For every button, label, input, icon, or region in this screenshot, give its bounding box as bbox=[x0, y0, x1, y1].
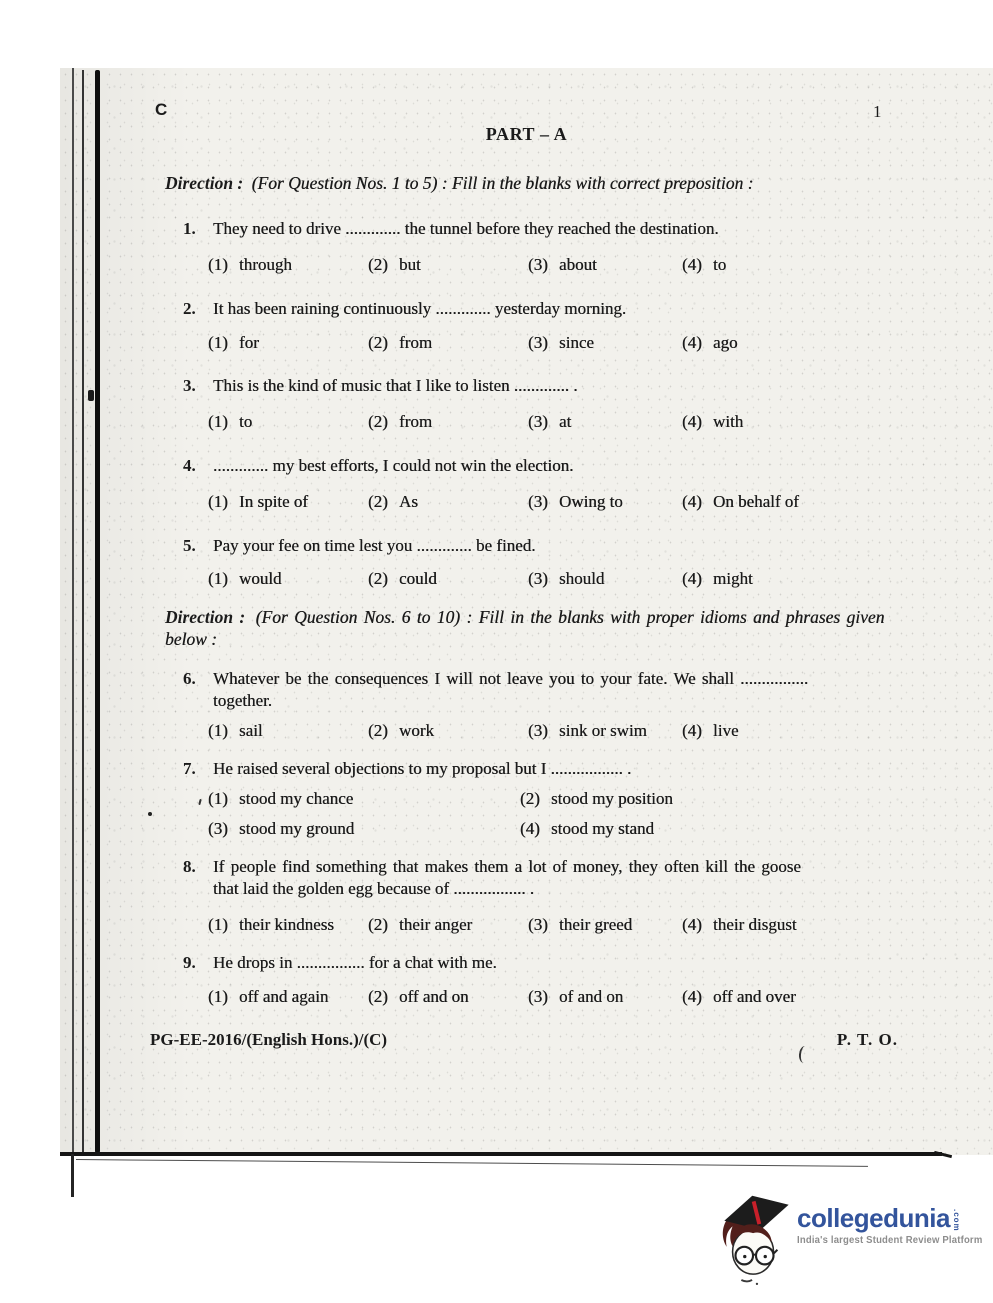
option: (3)should bbox=[528, 568, 682, 590]
option-text: their greed bbox=[559, 915, 632, 934]
option-label: (4) bbox=[682, 254, 713, 276]
question-text: He raised several objections to my propo… bbox=[213, 758, 701, 780]
question-2: 2. It has been raining continuously ....… bbox=[60, 298, 993, 320]
option: (2)stood my position bbox=[520, 788, 978, 810]
option: (3)at bbox=[528, 411, 682, 433]
option-label: (4) bbox=[682, 411, 713, 433]
option: (2)from bbox=[368, 332, 528, 354]
option-label: (3) bbox=[528, 491, 559, 513]
option: (2)off and on bbox=[368, 986, 528, 1008]
option-text: through bbox=[239, 255, 292, 274]
part-title: PART – A bbox=[60, 124, 993, 145]
direction-2-label: Direction : bbox=[165, 607, 245, 627]
option: (1)sail bbox=[208, 720, 368, 742]
option-text: since bbox=[559, 333, 594, 352]
scan-speck bbox=[148, 812, 152, 816]
question-number: 4. bbox=[183, 455, 213, 477]
option-label: (1) bbox=[208, 411, 239, 433]
option: (2)their anger bbox=[368, 914, 528, 936]
option: (4)ago bbox=[682, 332, 978, 354]
question-1-options: (1)through (2)but (3)about (4)to bbox=[208, 254, 978, 276]
option: (4)to bbox=[682, 254, 978, 276]
scan-left-edge-line bbox=[72, 68, 74, 1197]
question-number: 1. bbox=[183, 218, 213, 240]
option-text: with bbox=[713, 412, 743, 431]
option-text: but bbox=[399, 255, 421, 274]
option: (2)work bbox=[368, 720, 528, 742]
option: (1)would bbox=[208, 568, 368, 590]
option-label: (4) bbox=[682, 568, 713, 590]
question-text-line2: together. bbox=[213, 690, 808, 712]
option: (1)to bbox=[208, 411, 368, 433]
scanned-exam-page: C 1 PART – A Direction : (For Question N… bbox=[60, 68, 993, 1155]
option: (3)Owing to bbox=[528, 491, 682, 513]
direction-2-text-line2: below : bbox=[165, 628, 953, 650]
question-text-line2: that laid the golden egg because of ....… bbox=[213, 878, 801, 900]
scan-bottom-shadow-line bbox=[76, 1159, 868, 1167]
option-label: (2) bbox=[368, 720, 399, 742]
question-text-line1: If people find something that makes them… bbox=[213, 856, 801, 878]
option-label: (2) bbox=[368, 914, 399, 936]
question-8: 8. If people find something that makes t… bbox=[60, 856, 993, 900]
option: (4)stood my stand bbox=[520, 818, 978, 840]
question-4-options: (1)In spite of (2)As (3)Owing to (4)On b… bbox=[208, 491, 978, 513]
option-text: could bbox=[399, 569, 437, 588]
option-text: their anger bbox=[399, 915, 472, 934]
option: (2)could bbox=[368, 568, 528, 590]
scan-binding-shadow bbox=[95, 70, 100, 1153]
option: (1)In spite of bbox=[208, 491, 368, 513]
option-text: for bbox=[239, 333, 259, 352]
question-text: This is the kind of music that I like to… bbox=[213, 375, 648, 397]
option-text: might bbox=[713, 569, 753, 588]
option-label: (1) bbox=[208, 720, 239, 742]
option: (3)of and on bbox=[528, 986, 682, 1008]
option-text: stood my chance bbox=[239, 789, 353, 808]
option-label: (1) bbox=[208, 788, 239, 810]
option-label: (4) bbox=[682, 491, 713, 513]
question-text: It has been raining continuously .......… bbox=[213, 298, 696, 320]
option-text: As bbox=[399, 492, 418, 511]
option: (2)from bbox=[368, 411, 528, 433]
option-text: Owing to bbox=[559, 492, 623, 511]
option-label: (3) bbox=[528, 986, 559, 1008]
question-number: 2. bbox=[183, 298, 213, 320]
paper-code: PG-EE-2016/(English Hons.)/(C) bbox=[150, 1030, 387, 1050]
option-text: their kindness bbox=[239, 915, 334, 934]
question-text: He drops in ................ for a chat … bbox=[213, 952, 567, 974]
pto-label: P. T. O. bbox=[837, 1030, 898, 1050]
option: (1)stood my chance bbox=[208, 788, 520, 810]
set-code: C bbox=[155, 100, 167, 120]
logo-text-block: collegedunia .com India's largest Studen… bbox=[797, 1192, 992, 1246]
question-8-options: (1)their kindness (2)their anger (3)thei… bbox=[208, 914, 978, 936]
option-label: (1) bbox=[208, 491, 239, 513]
brand-tagline: India's largest Student Review Platform bbox=[797, 1235, 982, 1246]
direction-1-label: Direction : bbox=[165, 173, 243, 193]
option-label: (2) bbox=[520, 788, 551, 810]
option-label: (2) bbox=[368, 986, 399, 1008]
option: (3)sink or swim bbox=[528, 720, 682, 742]
option-label: (4) bbox=[682, 914, 713, 936]
question-7-options-row1: (1)stood my chance (2)stood my position bbox=[208, 788, 978, 810]
question-9: 9. He drops in ................ for a ch… bbox=[60, 952, 993, 974]
direction-1-text: (For Question Nos. 1 to 5) : Fill in the… bbox=[252, 173, 754, 193]
option-text: would bbox=[239, 569, 282, 588]
option-text: at bbox=[559, 412, 571, 431]
option-label: (1) bbox=[208, 914, 239, 936]
option-label: (2) bbox=[368, 491, 399, 513]
option: (4)might bbox=[682, 568, 978, 590]
question-1: 1. They need to drive ............. the … bbox=[60, 218, 993, 240]
option-text: to bbox=[239, 412, 252, 431]
option-text: ago bbox=[713, 333, 738, 352]
scan-left-edge-line-2 bbox=[82, 70, 84, 1152]
collegedunia-logo: collegedunia .com India's largest Studen… bbox=[716, 1192, 992, 1293]
question-text: If people find something that makes them… bbox=[213, 856, 871, 900]
option-label: (2) bbox=[368, 332, 399, 354]
question-3-options: (1)to (2)from (3)at (4)with bbox=[208, 411, 978, 433]
brand-tld: .com bbox=[952, 1209, 960, 1232]
option-text: from bbox=[399, 412, 432, 431]
option-label: (3) bbox=[528, 914, 559, 936]
question-text: ............. my best efforts, I could n… bbox=[213, 455, 643, 477]
option: (2)but bbox=[368, 254, 528, 276]
option-label: (2) bbox=[368, 254, 399, 276]
option-text: work bbox=[399, 721, 434, 740]
collegedunia-mascot-icon bbox=[716, 1192, 794, 1293]
question-5-options: (1)would (2)could (3)should (4)might bbox=[208, 568, 978, 590]
question-number: 7. bbox=[183, 758, 213, 780]
option: (4)On behalf of bbox=[682, 491, 978, 513]
option-text: off and over bbox=[713, 987, 796, 1006]
option: (4)off and over bbox=[682, 986, 978, 1008]
option: (1)for bbox=[208, 332, 368, 354]
question-4: 4. ............. my best efforts, I coul… bbox=[60, 455, 993, 477]
option-text: should bbox=[559, 569, 604, 588]
option-text: from bbox=[399, 333, 432, 352]
page-bottom-border bbox=[60, 1152, 942, 1156]
option-text: off and on bbox=[399, 987, 469, 1006]
option: (2)As bbox=[368, 491, 528, 513]
direction-1: Direction : (For Question Nos. 1 to 5) :… bbox=[165, 172, 953, 194]
option-label: (3) bbox=[208, 818, 239, 840]
question-3: 3. This is the kind of music that I like… bbox=[60, 375, 993, 397]
option-label: (4) bbox=[682, 986, 713, 1008]
option-label: (1) bbox=[208, 332, 239, 354]
question-text: They need to drive ............. the tun… bbox=[213, 218, 789, 240]
question-9-options: (1)off and again (2)off and on (3)of and… bbox=[208, 986, 978, 1008]
option-label: (1) bbox=[208, 254, 239, 276]
page-number: 1 bbox=[873, 102, 882, 122]
option-label: (3) bbox=[528, 720, 559, 742]
option-text: sink or swim bbox=[559, 721, 647, 740]
option-label: (2) bbox=[368, 568, 399, 590]
question-number: 9. bbox=[183, 952, 213, 974]
option-label: (4) bbox=[682, 720, 713, 742]
option-label: (2) bbox=[368, 411, 399, 433]
option: (3)stood my ground bbox=[208, 818, 520, 840]
option-text: stood my ground bbox=[239, 819, 354, 838]
direction-2-text-line1: (For Question Nos. 6 to 10) : Fill in th… bbox=[256, 607, 885, 627]
option-text: off and again bbox=[239, 987, 328, 1006]
option: (4)live bbox=[682, 720, 978, 742]
question-6: 6. Whatever be the consequences I will n… bbox=[60, 668, 993, 712]
option: (1)through bbox=[208, 254, 368, 276]
option-label: (3) bbox=[528, 568, 559, 590]
scan-speck bbox=[88, 390, 94, 401]
question-number: 8. bbox=[183, 856, 213, 900]
option: (3)their greed bbox=[528, 914, 682, 936]
option-label: (4) bbox=[520, 818, 551, 840]
option: (1)their kindness bbox=[208, 914, 368, 936]
option-text: to bbox=[713, 255, 726, 274]
option: (3)about bbox=[528, 254, 682, 276]
option: (4)with bbox=[682, 411, 978, 433]
option-label: (3) bbox=[528, 332, 559, 354]
question-6-options: (1)sail (2)work (3)sink or swim (4)live bbox=[208, 720, 978, 742]
screenshot-canvas: C 1 PART – A Direction : (For Question N… bbox=[0, 0, 993, 1303]
option-label: (3) bbox=[528, 411, 559, 433]
option-label: (4) bbox=[682, 332, 713, 354]
option-text: stood my stand bbox=[551, 819, 654, 838]
question-number: 6. bbox=[183, 668, 213, 712]
brand-name: collegedunia bbox=[797, 1205, 950, 1231]
question-text: Whatever be the consequences I will not … bbox=[213, 668, 878, 712]
option: (4)their disgust bbox=[682, 914, 978, 936]
question-5: 5. Pay your fee on time lest you .......… bbox=[60, 535, 993, 557]
option-text: of and on bbox=[559, 987, 623, 1006]
option-text: their disgust bbox=[713, 915, 797, 934]
option-label: (1) bbox=[208, 568, 239, 590]
option-text: sail bbox=[239, 721, 263, 740]
direction-2: Direction : (For Question Nos. 6 to 10) … bbox=[165, 606, 953, 650]
option: (1)off and again bbox=[208, 986, 368, 1008]
option-text: On behalf of bbox=[713, 492, 799, 511]
question-7-options-row2: (3)stood my ground (4)stood my stand bbox=[208, 818, 978, 840]
page-bottom-left-corner bbox=[71, 1154, 74, 1197]
option-text: stood my position bbox=[551, 789, 673, 808]
question-number: 3. bbox=[183, 375, 213, 397]
question-text: Pay your fee on time lest you ..........… bbox=[213, 535, 605, 557]
option-label: (1) bbox=[208, 986, 239, 1008]
question-number: 5. bbox=[183, 535, 213, 557]
option-text: about bbox=[559, 255, 597, 274]
option-text: live bbox=[713, 721, 739, 740]
option-label: (3) bbox=[528, 254, 559, 276]
question-2-options: (1)for (2)from (3)since (4)ago bbox=[208, 332, 978, 354]
question-7: 7. He raised several objections to my pr… bbox=[60, 758, 993, 780]
option: (3)since bbox=[528, 332, 682, 354]
option-text: In spite of bbox=[239, 492, 308, 511]
question-text-line1: Whatever be the consequences I will not … bbox=[213, 668, 808, 690]
